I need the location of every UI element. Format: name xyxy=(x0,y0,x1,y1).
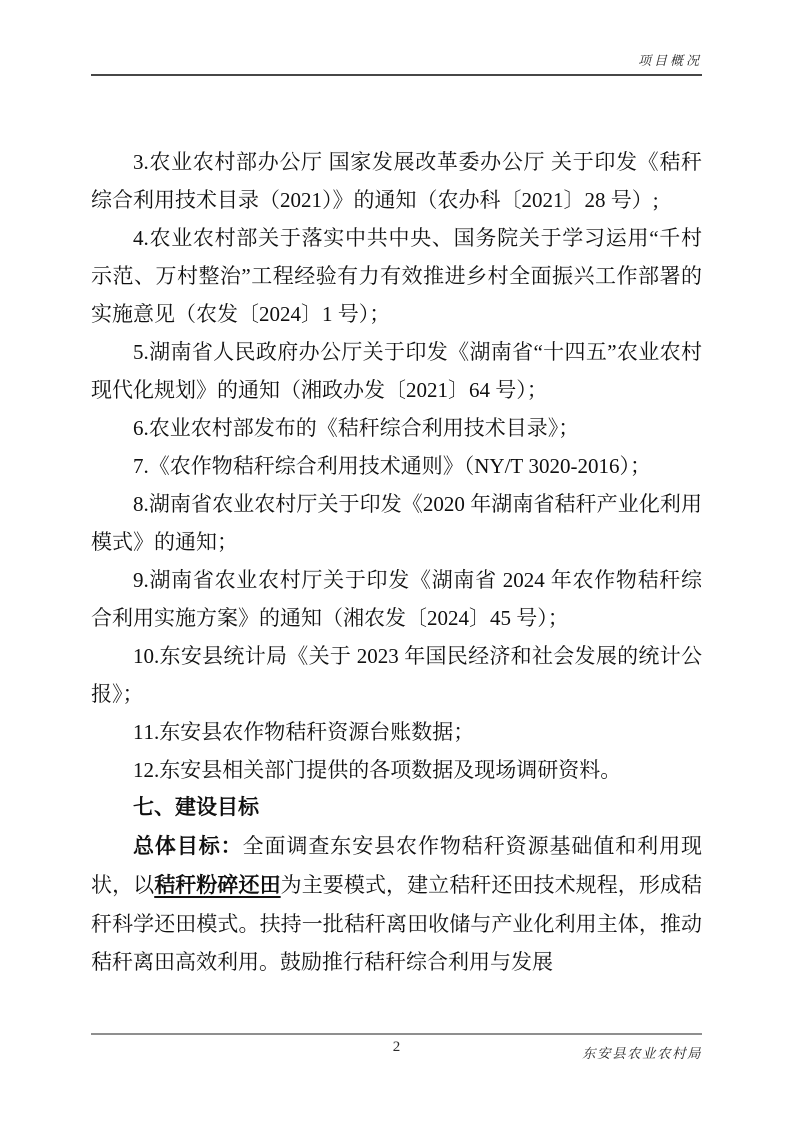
text-run: 11.东安县农作物秸秆资源台账数据； xyxy=(133,720,474,744)
text-run: 七、建设目标 xyxy=(133,796,259,819)
paragraph: 7.《农作物秸秆综合利用技术通则》（NY/T 3020-2016）； xyxy=(91,447,702,485)
paragraph: 3.农业农村部办公厅 国家发展改革委办公厅 关于印发《秸秆综合利用技术目录（20… xyxy=(91,143,702,219)
text-run: 5.湖南省人民政府办公厅关于印发《湖南省“十四五”农业农村现代化规划》的通知（湘… xyxy=(91,340,702,402)
text-run: 3.农业农村部办公厅 国家发展改革委办公厅 关于印发《秸秆综合利用技术目录（20… xyxy=(91,150,702,212)
text-run: 12.东安县相关部门提供的各项数据及现场调研资料。 xyxy=(133,758,621,782)
header-title: 项目概况 xyxy=(638,53,702,68)
text-run: 秸秆粉碎还田 xyxy=(154,874,280,897)
text-run: 9.湖南省农业农村厅关于印发《湖南省 2024 年农作物秸秆综合利用实施方案》的… xyxy=(91,568,702,630)
text-run: 8.湖南省农业农村厅关于印发《2020 年湖南省秸秆产业化利用模式》的通知； xyxy=(91,492,702,554)
paragraph: 5.湖南省人民政府办公厅关于印发《湖南省“十四五”农业农村现代化规划》的通知（湘… xyxy=(91,333,702,409)
section-heading: 七、建设目标 xyxy=(91,789,702,827)
text-run: 6.农业农村部发布的《秸秆综合利用技术目录》； xyxy=(133,416,579,440)
text-run: 4.农业农村部关于落实中共中央、国务院关于学习运用“千村示范、万村整治”工程经验… xyxy=(91,226,702,326)
paragraph: 4.农业农村部关于落实中共中央、国务院关于学习运用“千村示范、万村整治”工程经验… xyxy=(91,219,702,333)
paragraph: 6.农业农村部发布的《秸秆综合利用技术目录》； xyxy=(91,409,702,447)
paragraph: 8.湖南省农业农村厅关于印发《2020 年湖南省秸秆产业化利用模式》的通知； xyxy=(91,485,702,561)
page-footer: 2 东安县农业农村局 xyxy=(91,1033,702,1073)
paragraph: 11.东安县农作物秸秆资源台账数据； xyxy=(91,713,702,751)
text-run: 总体目标： xyxy=(133,835,243,858)
text-run: 7.《农作物秸秆综合利用技术通则》（NY/T 3020-2016）； xyxy=(133,454,651,478)
text-run: 10.东安县统计局《关于 2023 年国民经济和社会发展的统计公报》； xyxy=(91,644,702,706)
document-body: 3.农业农村部办公厅 国家发展改革委办公厅 关于印发《秸秆综合利用技术目录（20… xyxy=(91,143,702,981)
paragraph: 9.湖南省农业农村厅关于印发《湖南省 2024 年农作物秸秆综合利用实施方案》的… xyxy=(91,561,702,637)
footer-organization: 东安县农业农村局 xyxy=(582,1042,702,1062)
paragraph: 总体目标：全面调查东安县农作物秸秆资源基础值和利用现状，以秸秆粉碎还田为主要模式… xyxy=(91,827,702,981)
paragraph: 10.东安县统计局《关于 2023 年国民经济和社会发展的统计公报》； xyxy=(91,637,702,713)
document-page: 项目概况 3.农业农村部办公厅 国家发展改革委办公厅 关于印发《秸秆综合利用技术… xyxy=(0,0,793,1122)
page-header: 项目概况 xyxy=(91,51,702,76)
paragraph: 12.东安县相关部门提供的各项数据及现场调研资料。 xyxy=(91,751,702,789)
